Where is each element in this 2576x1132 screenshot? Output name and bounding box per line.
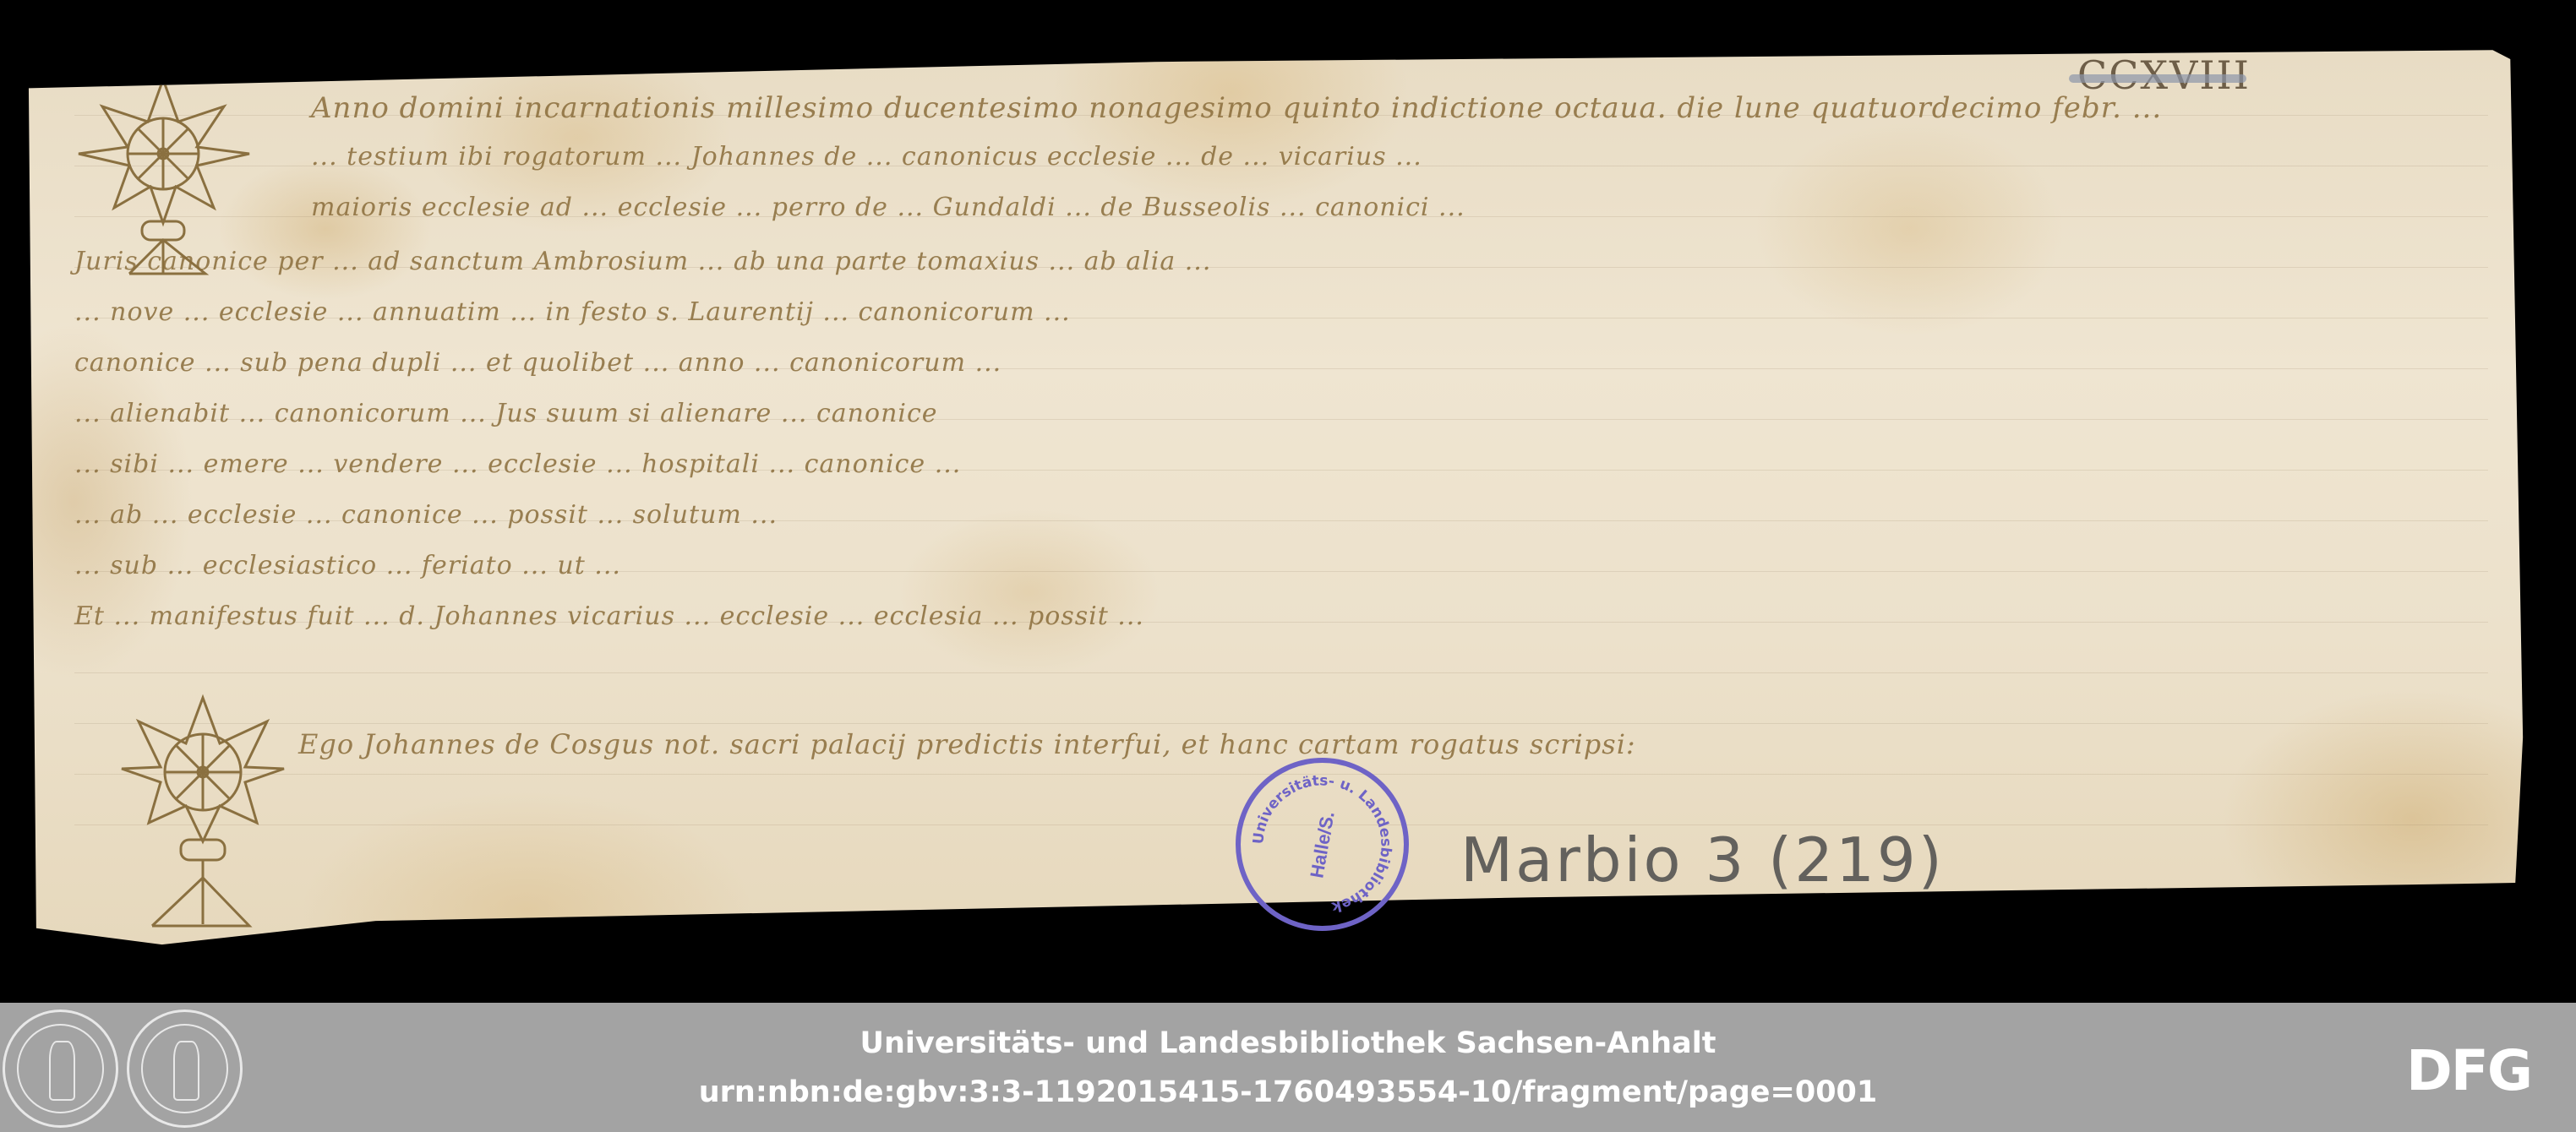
notary-subscription: Ego Johannes de Cosgus not. sacri palaci… <box>298 728 1636 760</box>
charter-text-line-3: maioris ecclesie ad ... ecclesie ... per… <box>311 193 1465 222</box>
notary-signum-icon <box>70 73 256 275</box>
charter-text-line-2: ... testium ibi rogatorum ... Johannes d… <box>311 142 1422 171</box>
charter-text-line-11: Et ... manifestus fuit ... d. Johannes v… <box>74 601 1144 631</box>
charter-text-line-10: ... sub ... ecclesiastico ... feriato ..… <box>74 551 621 580</box>
pencil-shelfmark-note: Marbio 3 (219) <box>1460 825 1945 895</box>
charter-text-line-5: ... nove ... ecclesie ... annuatim ... i… <box>74 297 1071 327</box>
notary-signum-icon <box>118 688 287 933</box>
charter-text-line-7: ... alienabit ... canonicorum ... Jus su… <box>74 399 938 428</box>
urn-identifier: urn:nbn:de:gbv:3:3-1192015415-1760493554… <box>0 1075 2576 1109</box>
charter-text-line-6: canonice ... sub pena dupli ... et quoli… <box>74 348 1001 378</box>
library-stamp: Universitäts- u. Landesbibliothek Halle/… <box>1236 758 1409 931</box>
dfg-logo: DFG <box>2406 1043 2531 1099</box>
charter-text-line-4: Juris canonice per ... ad sanctum Ambros… <box>74 247 1211 276</box>
numeral-strikethrough <box>2069 74 2246 83</box>
charter-text-line-8: ... sibi ... emere ... vendere ... eccle… <box>74 449 961 479</box>
charter-text-line-9: ... ab ... ecclesie ... canonice ... pos… <box>74 500 778 530</box>
document-viewer: CCXVIII Anno domini incarnationis milles… <box>0 0 2576 1003</box>
institution-name: Universitäts- und Landesbibliothek Sachs… <box>0 1026 2576 1060</box>
charter-text-line-1: Anno domini incarnationis millesimo duce… <box>311 91 2162 125</box>
library-footer-bar: Universitäts- und Landesbibliothek Sachs… <box>0 1003 2576 1132</box>
